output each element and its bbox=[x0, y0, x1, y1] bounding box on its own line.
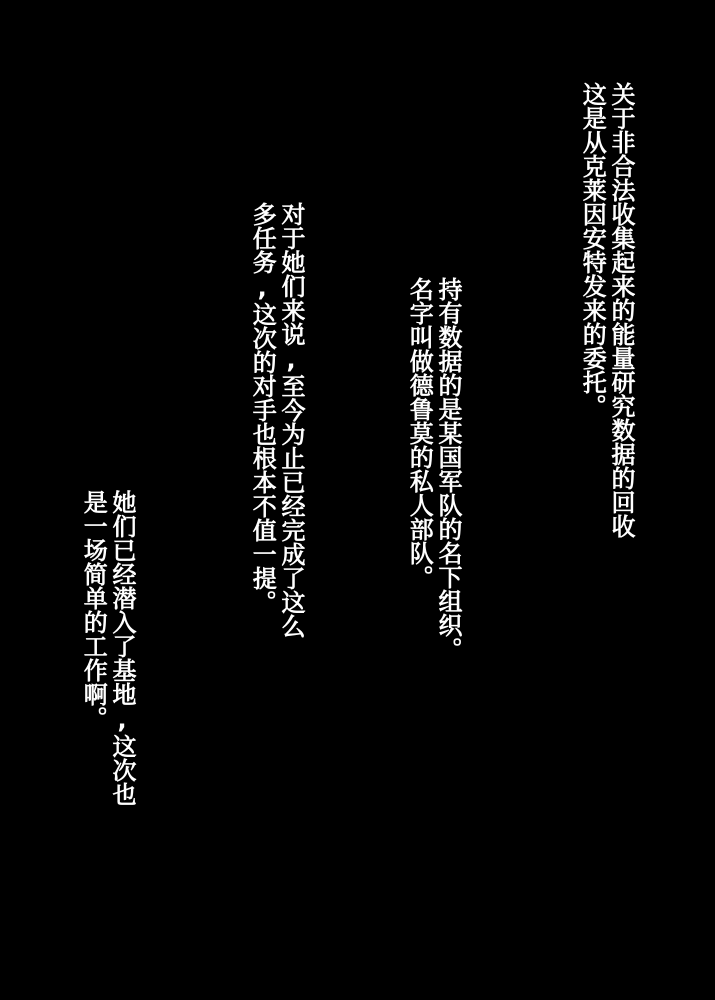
narration-line: 持有数据的是某国军队的名下组织。 bbox=[433, 277, 462, 661]
narration-line: 多任务,这次的对手也根本不值一提。 bbox=[247, 202, 276, 638]
narration-block-past-missions: 对于她们来说,至今为止已经完成了这么 多任务,这次的对手也根本不值一提。 bbox=[247, 202, 305, 638]
narration-line: 关于非合法收集起来的能量研究数据的回收 bbox=[606, 82, 635, 538]
manga-text-page: 关于非合法收集起来的能量研究数据的回收 这是从克莱因安特发来的委托。 持有数据的… bbox=[0, 0, 715, 1000]
narration-block-infiltration: 她们已经潜入了基地,这次也 是一场简单的工作啊。 bbox=[78, 490, 136, 806]
narration-line: 对于她们来说,至今为止已经完成了这么 bbox=[276, 202, 305, 638]
narration-line: 她们已经潜入了基地,这次也 bbox=[107, 490, 136, 806]
narration-block-data-holder: 持有数据的是某国军队的名下组织。 名字叫做德鲁莫的私人部队。 bbox=[404, 277, 462, 661]
narration-line: 这是从克莱因安特发来的委托。 bbox=[577, 82, 606, 538]
narration-line: 是一场简单的工作啊。 bbox=[78, 490, 107, 806]
narration-block-commission-intro: 关于非合法收集起来的能量研究数据的回收 这是从克莱因安特发来的委托。 bbox=[577, 82, 635, 538]
narration-line: 名字叫做德鲁莫的私人部队。 bbox=[404, 277, 433, 661]
